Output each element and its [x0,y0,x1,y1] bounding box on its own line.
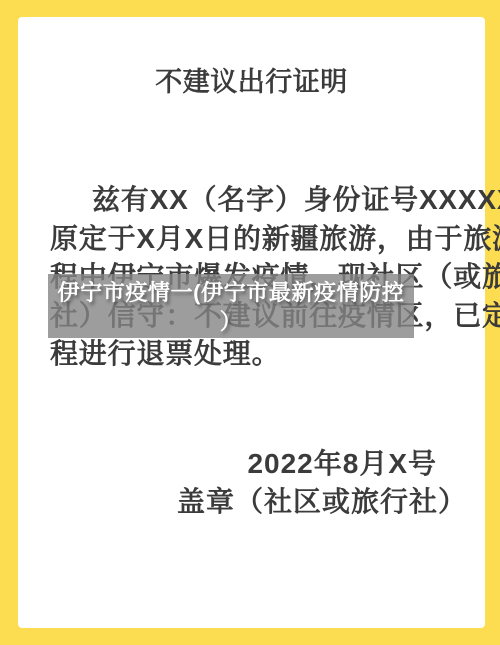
stamp-line: 盖章（社区或旅行社） [18,483,467,521]
signature-block: 2022年8月X号 盖章（社区或旅行社） [18,445,467,520]
body-line-1: 兹有XX（名字）身份证号XXXXX， [50,181,475,220]
body-line-5: 程进行退票处理。 [50,335,475,374]
watermark-title-banner: 伊宁市疫情一(伊宁市最新疫情防控 ） [48,274,414,338]
certificate-title: 不建议出行证明 [18,60,485,99]
watermark-line-1: 伊宁市疫情一(伊宁市最新疫情防控 [48,278,414,307]
watermark-line-2: ） [48,307,414,336]
date-line: 2022年8月X号 [18,445,467,483]
body-line-2: 原定于X月X日的新疆旅游，由于旅游行 [50,220,475,259]
article-image: { "page": { "title": "不建议出行证明", "body_li… [0,0,500,645]
